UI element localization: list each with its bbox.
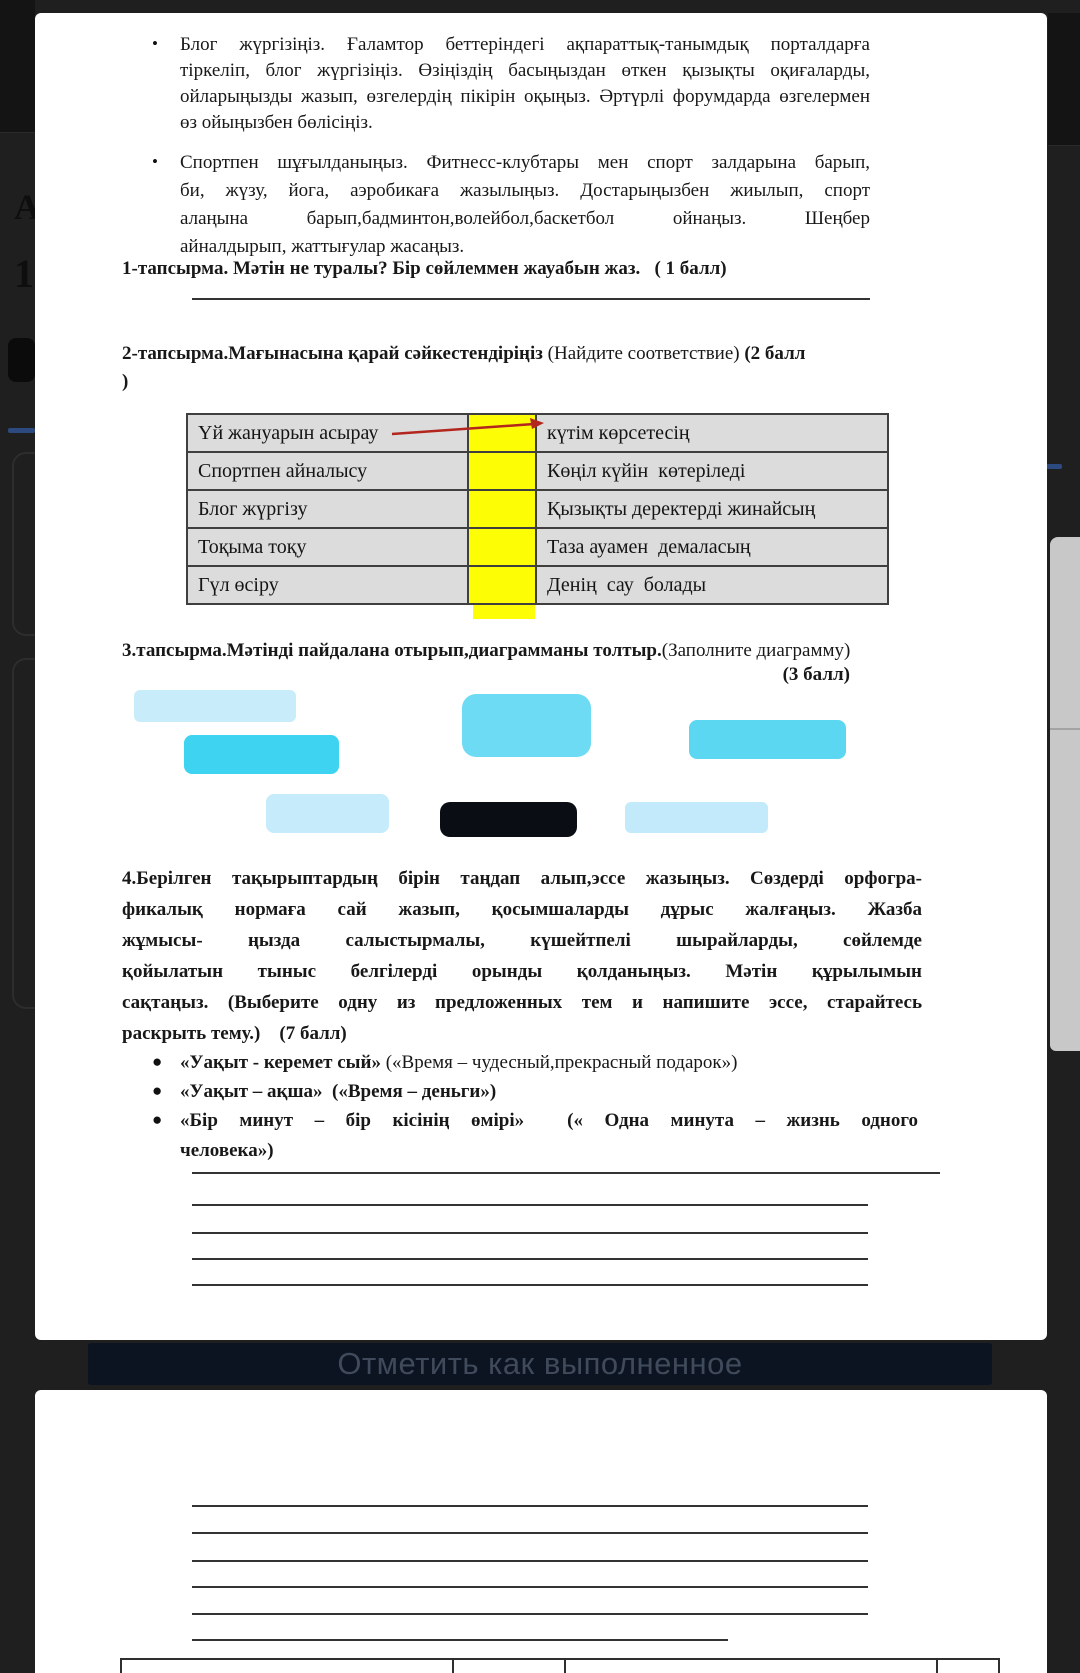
topic-russian: («Время – чудесный,прекрасный подарок») <box>381 1052 738 1073</box>
task2-points: (2 балл <box>744 343 805 364</box>
text-line: 4.Берілген тақырыптардың бірін таңдап ал… <box>122 868 922 899</box>
text-line: человека») <box>180 1140 918 1170</box>
match-right-cell: Қызықты деректерді жинайсың <box>537 491 887 527</box>
table-column <box>122 1660 454 1673</box>
diagram-rect-blank-5 <box>625 802 768 833</box>
yellow-column-stub <box>473 605 535 619</box>
match-left-cell: Блог жүргізу <box>188 491 469 527</box>
mark-as-done-label: Отметить как выполненное <box>337 1346 742 1382</box>
text-line: тіркеліп, блог жүргізіңіз. Өзіңіздің бас… <box>180 60 870 86</box>
text-line: Блог жүргізіңіз. Ғаламтор беттеріндегі а… <box>180 34 870 60</box>
bullet-icon: • <box>152 152 158 172</box>
topic-kazakh: «Уақыт - керемет сый» <box>180 1052 381 1073</box>
match-table-row: Тоқыма тоқу Таза ауамен демаласың <box>188 529 887 567</box>
text-line: өз ойыңызбен бөлісіңіз. <box>180 112 870 138</box>
answer-line <box>192 1258 868 1260</box>
diagram-rect-blank-1 <box>134 690 296 722</box>
task2-heading-regular: (Найдите соответствие) <box>548 343 745 364</box>
document-page-1: • Блог жүргізіңіз. Ғаламтор беттеріндегі… <box>35 13 1047 1340</box>
edge-progress-dash-right <box>1046 464 1062 469</box>
match-right-cell: Таза ауамен демаласың <box>537 529 887 565</box>
intro-bullet-blog: Блог жүргізіңіз. Ғаламтор беттеріндегі а… <box>180 34 870 138</box>
answer-line <box>192 1284 868 1286</box>
topic-kazakh: «Уақыт – ақша» <box>180 1081 323 1102</box>
text-line: Спортпен шұғылданыңыз. Фитнесс-клубтары … <box>180 152 870 180</box>
task4-paragraph: 4.Берілген тақырыптардың бірін таңдап ал… <box>122 868 922 1054</box>
task3-heading: 3.тапсырма.Мәтінді пайдалана отырып,диаг… <box>122 640 1002 662</box>
answer-line <box>192 1639 728 1641</box>
bullet-icon: ● <box>152 1110 162 1130</box>
match-answer-cell <box>469 453 537 489</box>
match-arrow-icon <box>388 415 548 439</box>
topic-russian: («Время – деньги») <box>323 1081 497 1102</box>
essay-topic-2: «Уақыт – ақша» («Время – деньги») <box>180 1081 960 1103</box>
match-table: Үй жануарын асырау күтім көрсетесің Спор… <box>186 413 889 605</box>
answer-line <box>192 1560 868 1562</box>
text-line: би, жүзу, йога, аэробикаға жазылыңыз. До… <box>180 180 870 208</box>
task3-points: (3 балл) <box>550 664 850 686</box>
right-top-dark-block <box>1048 13 1080 146</box>
diagram-rect-blank-2 <box>184 735 339 774</box>
scrollbar-thumb[interactable] <box>1050 537 1080 1051</box>
answer-line <box>192 1204 868 1206</box>
match-table-row: Гүл өсіру Денің сау болады <box>188 567 887 603</box>
task1-heading: 1-тапсырма. Мәтін не туралы? Бір сөйлемм… <box>122 258 982 280</box>
task3-heading-regular: (Заполните диаграмму) <box>662 640 851 661</box>
match-right-cell: Денің сау болады <box>537 567 887 603</box>
document-page-2 <box>35 1390 1047 1673</box>
text-line: раскрыть тему.) (7 балл) <box>122 1023 922 1054</box>
edge-thumbnail-blob <box>8 338 35 382</box>
answer-line <box>192 1586 868 1588</box>
intro-bullet-sport: Спортпен шұғылданыңыз. Фитнесс-клубтары … <box>180 152 870 264</box>
text-line: алаңына барып,бадминтон,волейбол,баскетб… <box>180 208 870 236</box>
topic-kazakh: «Бір минут – бір кісінің өмірі» <box>180 1110 524 1131</box>
diagram-rect-filled-black <box>440 802 577 837</box>
table-column <box>454 1660 566 1673</box>
match-left-cell: Спортпен айналысу <box>188 453 469 489</box>
match-answer-cell <box>469 529 537 565</box>
essay-topic-3: «Бір минут – бір кісінің өмірі» (« Одна … <box>180 1110 918 1170</box>
task3-heading-bold: 3.тапсырма.Мәтінді пайдалана отырып,диаг… <box>122 640 662 661</box>
text-line: фикалық нормаға сай жазып, қосымшаларды … <box>122 899 922 930</box>
criteria-table-partial <box>120 1658 1000 1673</box>
text-line: қойылатын тыныс белгілерді орынды қолдан… <box>122 961 922 992</box>
text-line: ойларыңызды жазып, өзгелердің пікірін оқ… <box>180 86 870 112</box>
edge-digit-fragment: 1 <box>14 250 34 297</box>
text-line: «Бір минут – бір кісінің өмірі» (« Одна … <box>180 1110 918 1140</box>
match-table-row: Спортпен айналысу Көңіл күйін көтеріледі <box>188 453 887 491</box>
bullet-icon: ● <box>152 1081 162 1101</box>
match-answer-cell <box>469 567 537 603</box>
answer-line <box>192 1505 868 1507</box>
match-left-cell: Гүл өсіру <box>188 567 469 603</box>
text-line: сақтаңыз. (Выберите одну из предложенных… <box>122 992 922 1023</box>
answer-line <box>192 1232 868 1234</box>
left-top-dark-block <box>0 0 35 133</box>
table-column <box>566 1660 938 1673</box>
match-table-row: Блог жүргізу Қызықты деректерді жинайсың <box>188 491 887 529</box>
edge-progress-dash-left <box>8 428 35 433</box>
diagram-rect-blank-4 <box>266 794 389 833</box>
text-line: жұмысы- ңызда салыстырмалы, күшейтпелі ш… <box>122 930 922 961</box>
answer-line <box>192 1172 940 1174</box>
table-column <box>938 1660 998 1673</box>
scrollbar-seam <box>1050 728 1080 730</box>
bullet-icon: • <box>152 34 158 54</box>
answer-line <box>192 298 870 300</box>
match-answer-cell <box>469 491 537 527</box>
task2-heading-close-paren: ) <box>122 371 128 392</box>
essay-topic-1: «Уақыт - керемет сый» («Время – чудесный… <box>180 1052 960 1074</box>
match-right-cell: Көңіл күйін көтеріледі <box>537 453 887 489</box>
match-left-cell: Тоқыма тоқу <box>188 529 469 565</box>
task2-heading-bold: 2-тапсырма.Мағынасына қарай сәйкестендір… <box>122 343 548 364</box>
answer-line <box>192 1613 868 1615</box>
answer-line <box>192 1532 868 1534</box>
mark-as-done-button[interactable]: Отметить как выполненное <box>88 1343 992 1385</box>
task2-heading: 2-тапсырма.Мағынасына қарай сәйкестендір… <box>122 340 982 396</box>
diagram-rect-blank-3 <box>689 720 846 759</box>
match-right-cell: күтім көрсетесің <box>537 415 887 451</box>
topic-russian: (« Одна минута – жизнь одного <box>524 1110 918 1131</box>
bullet-icon: ● <box>152 1052 162 1072</box>
diagram-rect-center <box>462 694 591 757</box>
